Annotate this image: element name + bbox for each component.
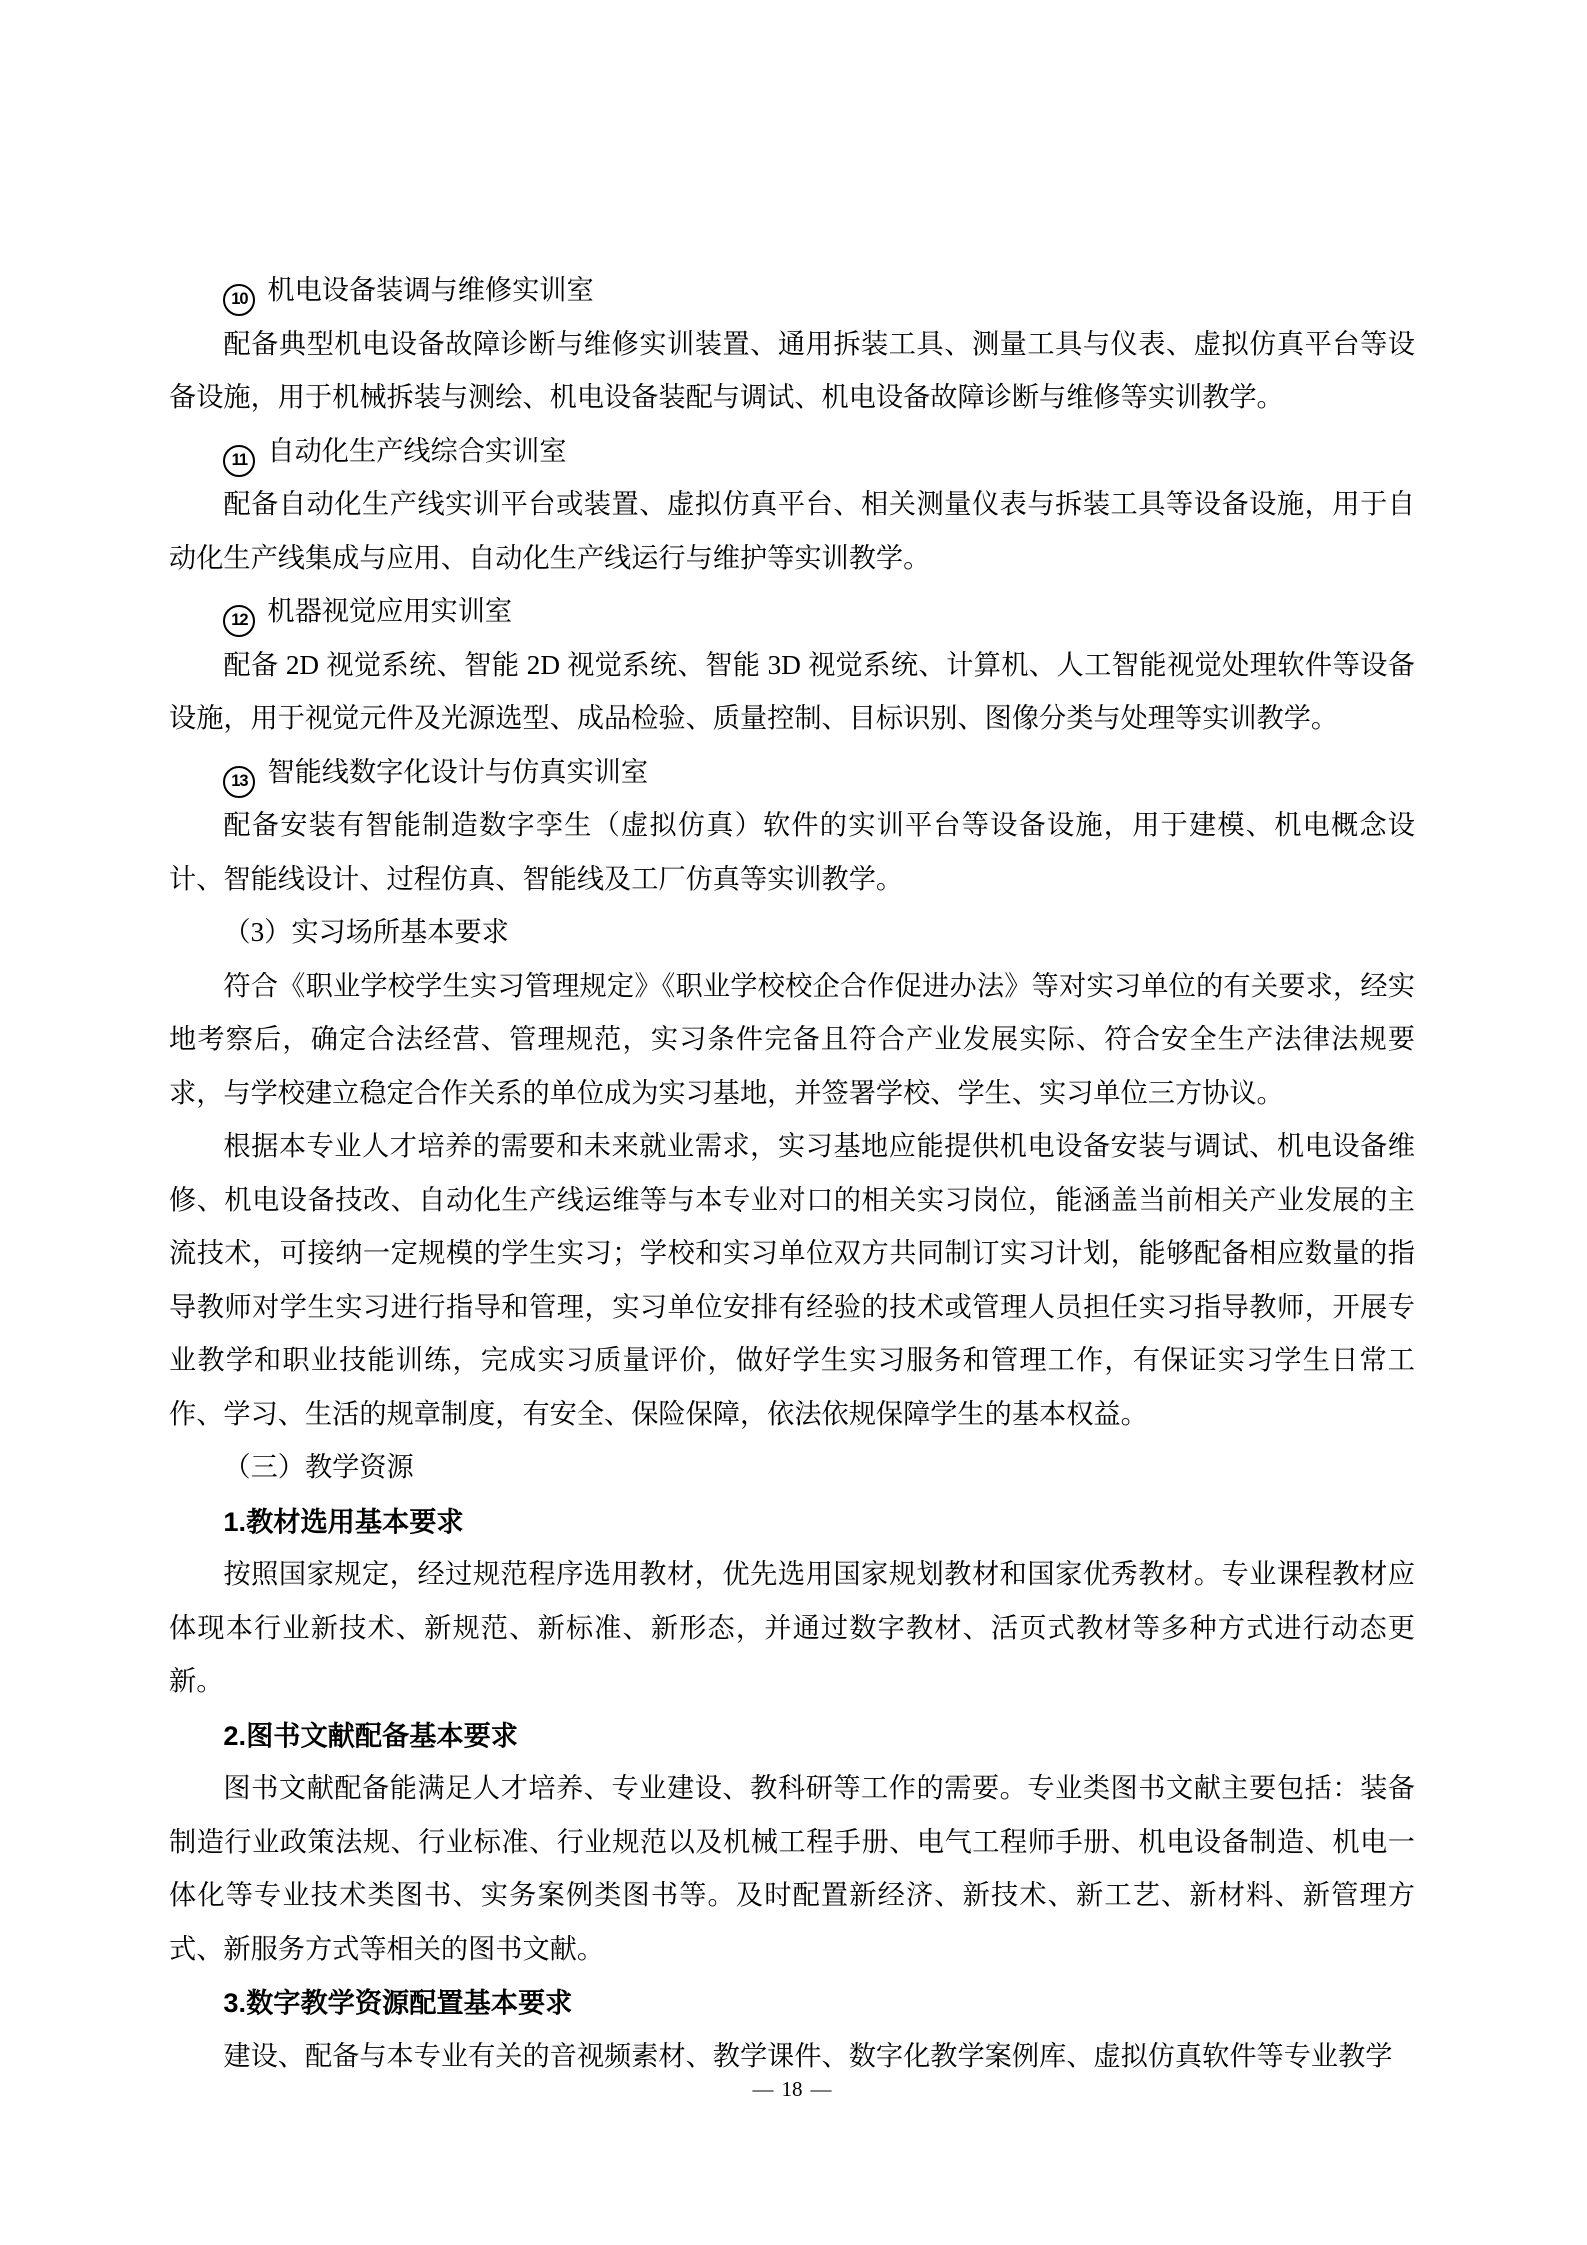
section-heading: （3）实习场所基本要求	[169, 906, 1415, 960]
training-room-item-heading: 13智能线数字化设计与仿真实训室	[169, 746, 1415, 800]
footer-right-dash: —	[811, 2077, 832, 2101]
page-footer: —18—	[169, 2074, 1415, 2104]
numbered-subheading: 2.图书文献配备基本要求	[169, 1709, 1415, 1763]
body-paragraph: 配备安装有智能制造数字孪生（虚拟仿真）软件的实训平台等设备设施，用于建模、机电概…	[169, 799, 1415, 906]
circled-number-icon: 13	[223, 766, 255, 798]
circled-number-icon: 11	[223, 445, 255, 477]
training-room-title: 机电设备装调与维修实训室	[267, 275, 593, 305]
body-paragraph: 按照国家规定，经过规范程序选用教材，优先选用国家规划教材和国家优秀教材。专业课程…	[169, 1548, 1415, 1709]
body-paragraph: 配备典型机电设备故障诊断与维修实训装置、通用拆装工具、测量工具与仪表、虚拟仿真平…	[169, 318, 1415, 425]
footer-left-dash: —	[753, 2077, 774, 2101]
document-body: 10机电设备装调与维修实训室配备典型机电设备故障诊断与维修实训装置、通用拆装工具…	[169, 264, 1415, 2083]
training-room-item-heading: 12机器视觉应用实训室	[169, 585, 1415, 639]
training-room-title: 自动化生产线综合实训室	[267, 436, 566, 466]
body-paragraph: 根据本专业人才培养的需要和未来就业需求，实习基地应能提供机电设备安装与调试、机电…	[169, 1120, 1415, 1441]
circled-number-icon: 10	[223, 284, 255, 316]
document-page: 10机电设备装调与维修实训室配备典型机电设备故障诊断与维修实训装置、通用拆装工具…	[0, 0, 1587, 2245]
body-paragraph: 图书文献配备能满足人才培养、专业建设、教科研等工作的需要。专业类图书文献主要包括…	[169, 1762, 1415, 1976]
training-room-item-heading: 10机电设备装调与维修实训室	[169, 264, 1415, 318]
body-paragraph: 配备 2D 视觉系统、智能 2D 视觉系统、智能 3D 视觉系统、计算机、人工智…	[169, 639, 1415, 746]
circled-number-icon: 12	[223, 605, 255, 637]
numbered-subheading: 1.教材选用基本要求	[169, 1495, 1415, 1549]
training-room-title: 机器视觉应用实训室	[267, 596, 512, 626]
training-room-item-heading: 11自动化生产线综合实训室	[169, 425, 1415, 479]
body-paragraph: 符合《职业学校学生实习管理规定》《职业学校校企合作促进办法》等对实习单位的有关要…	[169, 960, 1415, 1121]
section-heading: （三）教学资源	[169, 1441, 1415, 1495]
training-room-title: 智能线数字化设计与仿真实训室	[267, 757, 648, 787]
body-paragraph: 配备自动化生产线实训平台或装置、虚拟仿真平台、相关测量仪表与拆装工具等设备设施，…	[169, 478, 1415, 585]
page-number: 18	[782, 2077, 803, 2101]
numbered-subheading: 3.数字教学资源配置基本要求	[169, 1976, 1415, 2030]
